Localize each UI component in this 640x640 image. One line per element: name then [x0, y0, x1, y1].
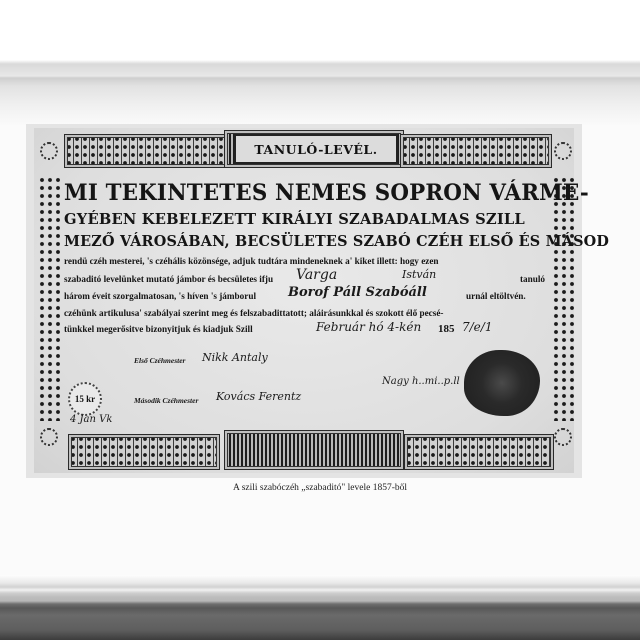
body-line-4: czéhünk artikulusa' szabályai szerint me…	[64, 308, 564, 318]
heading-line-1: MI TEKINTETES NEMES SOPRON VÁRME-	[64, 180, 549, 206]
certificate-photo: TANULÓ-LEVÉL. MI TEKINTETES NEMES SOPRON…	[26, 124, 582, 478]
first-master-label: Első Czéhmester	[134, 356, 185, 365]
stamp-handwritten-note: 4 Jan Vk	[70, 414, 112, 425]
top-left-ornament	[64, 134, 228, 168]
body-line-2-suffix: tanuló	[520, 274, 545, 284]
title-cartouche: TANULÓ-LEVÉL.	[234, 134, 398, 164]
top-page-edge	[0, 0, 640, 125]
figure-caption: A szili szabóczéh „szabaditó" levele 185…	[0, 483, 640, 493]
heading-line-3: MEZŐ VÁROSÁBAN, BECSÜLETES SZABÓ CZÉH EL…	[64, 232, 544, 250]
left-border-ornament	[38, 176, 60, 421]
body-line-3-suffix: urnál eltöltvén.	[466, 291, 526, 301]
second-master-label: Második Czéhmester	[134, 396, 198, 405]
year-printed: 185	[438, 323, 455, 335]
certificate-paper: TANULÓ-LEVÉL. MI TEKINTETES NEMES SOPRON…	[34, 128, 574, 473]
handwritten-year: 7/e/1	[462, 320, 492, 334]
rosette-ornament-bottom-left	[40, 428, 58, 446]
handwritten-date: Február hó 4-kén	[316, 320, 421, 334]
top-right-ornament	[400, 134, 552, 168]
handwritten-apprentice-name: Varga	[296, 267, 337, 283]
tax-stamp: 15 kr	[68, 382, 102, 416]
heading-line-2: GYÉBEN KEBELEZETT KIRÁLYI SZABADALMAS SZ…	[64, 210, 554, 228]
first-master-signature: Nikk Antaly	[202, 351, 268, 364]
tax-stamp-value: 15 kr	[75, 394, 95, 404]
rosette-ornament-top-left	[40, 142, 58, 160]
body-line-1: rendü czéh mesterei, 's czéhális közönsé…	[64, 256, 564, 266]
second-master-signature: Kovács Ferentz	[216, 390, 301, 403]
notary-signature: Nagy h..mi..p.ll	[382, 376, 460, 387]
bottom-center-ornament	[224, 430, 404, 470]
rosette-ornament-top-right	[554, 142, 572, 160]
rosette-ornament-bottom-right	[554, 428, 572, 446]
bottom-page-edge	[0, 575, 640, 640]
handwritten-master-name: Borof Páll Szabóáll	[288, 285, 427, 300]
handwritten-apprentice-given-name: István	[402, 268, 436, 281]
bottom-right-ornament	[404, 434, 554, 470]
document-title: TANULÓ-LEVÉL.	[254, 142, 377, 157]
wax-seal	[464, 350, 540, 416]
bottom-left-ornament	[68, 434, 220, 470]
